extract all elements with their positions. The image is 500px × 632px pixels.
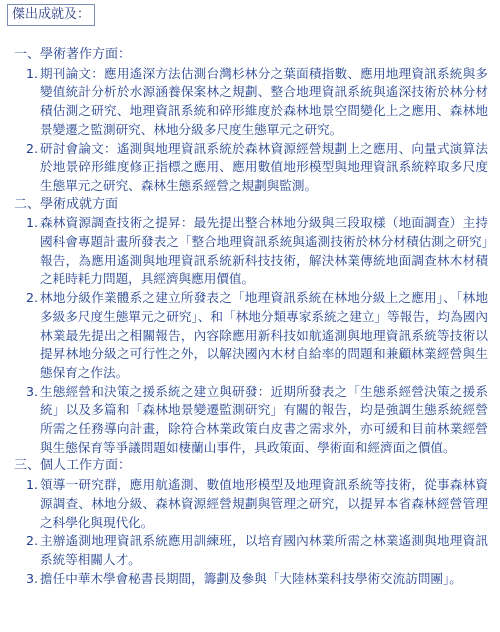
- section-heading: 三、個人工作方面：: [0, 457, 500, 476]
- section-academic-achievements: 二、學術成就方面 1. 森林資源調查技術之提昇：最先提出整合林地分級與三段取樣（…: [0, 196, 500, 458]
- list-item: 1. 領導一研究群，應用航遙測、數值地形模型及地理資訊系統等技術，從事森林資源調…: [0, 476, 500, 532]
- section-heading: 二、學術成就方面: [0, 196, 500, 215]
- item-number: 3.: [0, 570, 38, 589]
- item-text: 擔任中華木學會秘書長期間，籌劃及參與「大陸林業科技學術交流訪問團」。: [38, 570, 500, 589]
- section-heading: 一、學術著作方面：: [0, 46, 500, 65]
- item-text: 林地分級作業體系之建立所發表之「地理資訊系統在林地分級上之應用」、「林地多級多尺…: [38, 289, 500, 383]
- item-number: 1.: [0, 476, 38, 532]
- item-number: 2.: [0, 140, 38, 196]
- item-text: 研討會論文：遙測與地理資訊系統於森林資源經營規劃上之應用、向量式演算法於地景碎形…: [38, 140, 500, 196]
- item-number: 1.: [0, 214, 38, 289]
- item-text: 生態經營和決策之援系統之建立與研發：近期所發表之「生態系經營決策之援系統」以及多…: [38, 383, 500, 458]
- section-academic-publications: 一、學術著作方面： 1. 期刊論文：應用遙深方法估測台灣杉林分之葉面積指數、應用…: [0, 46, 500, 196]
- item-number: 3.: [0, 383, 38, 458]
- item-text: 森林資源調查技術之提昇：最先提出整合林地分級與三段取樣（地面調查）主持國科會專題…: [38, 214, 500, 289]
- list-item: 2. 林地分級作業體系之建立所發表之「地理資訊系統在林地分級上之應用」、「林地多…: [0, 289, 500, 383]
- section-personal-work: 三、個人工作方面： 1. 領導一研究群，應用航遙測、數值地形模型及地理資訊系統等…: [0, 457, 500, 588]
- achievements-content: 一、學術著作方面： 1. 期刊論文：應用遙深方法估測台灣杉林分之葉面積指數、應用…: [0, 46, 500, 588]
- list-item: 2. 研討會論文：遙測與地理資訊系統於森林資源經營規劃上之應用、向量式演算法於地…: [0, 140, 500, 196]
- item-text: 期刊論文：應用遙深方法估測台灣杉林分之葉面積指數、應用地理資訊系統與多變值統計分…: [38, 65, 500, 140]
- document-title: 傑出成就及：: [7, 4, 95, 26]
- item-number: 1.: [0, 65, 38, 140]
- item-number: 2.: [0, 532, 38, 569]
- item-number: 2.: [0, 289, 38, 383]
- list-item: 2. 主辦遙測地理資訊系統應用訓練班，以培育國內林業所需之林業遙測與地理資訊系統…: [0, 532, 500, 569]
- item-text: 主辦遙測地理資訊系統應用訓練班，以培育國內林業所需之林業遙測與地理資訊系統等相關…: [38, 532, 500, 569]
- list-item: 3. 生態經營和決策之援系統之建立與研發：近期所發表之「生態系經營決策之援系統」…: [0, 383, 500, 458]
- list-item: 3. 擔任中華木學會秘書長期間，籌劃及參與「大陸林業科技學術交流訪問團」。: [0, 570, 500, 589]
- list-item: 1. 森林資源調查技術之提昇：最先提出整合林地分級與三段取樣（地面調查）主持國科…: [0, 214, 500, 289]
- item-text: 領導一研究群，應用航遙測、數值地形模型及地理資訊系統等技術，從事森林資源調查、林…: [38, 476, 500, 532]
- list-item: 1. 期刊論文：應用遙深方法估測台灣杉林分之葉面積指數、應用地理資訊系統與多變值…: [0, 65, 500, 140]
